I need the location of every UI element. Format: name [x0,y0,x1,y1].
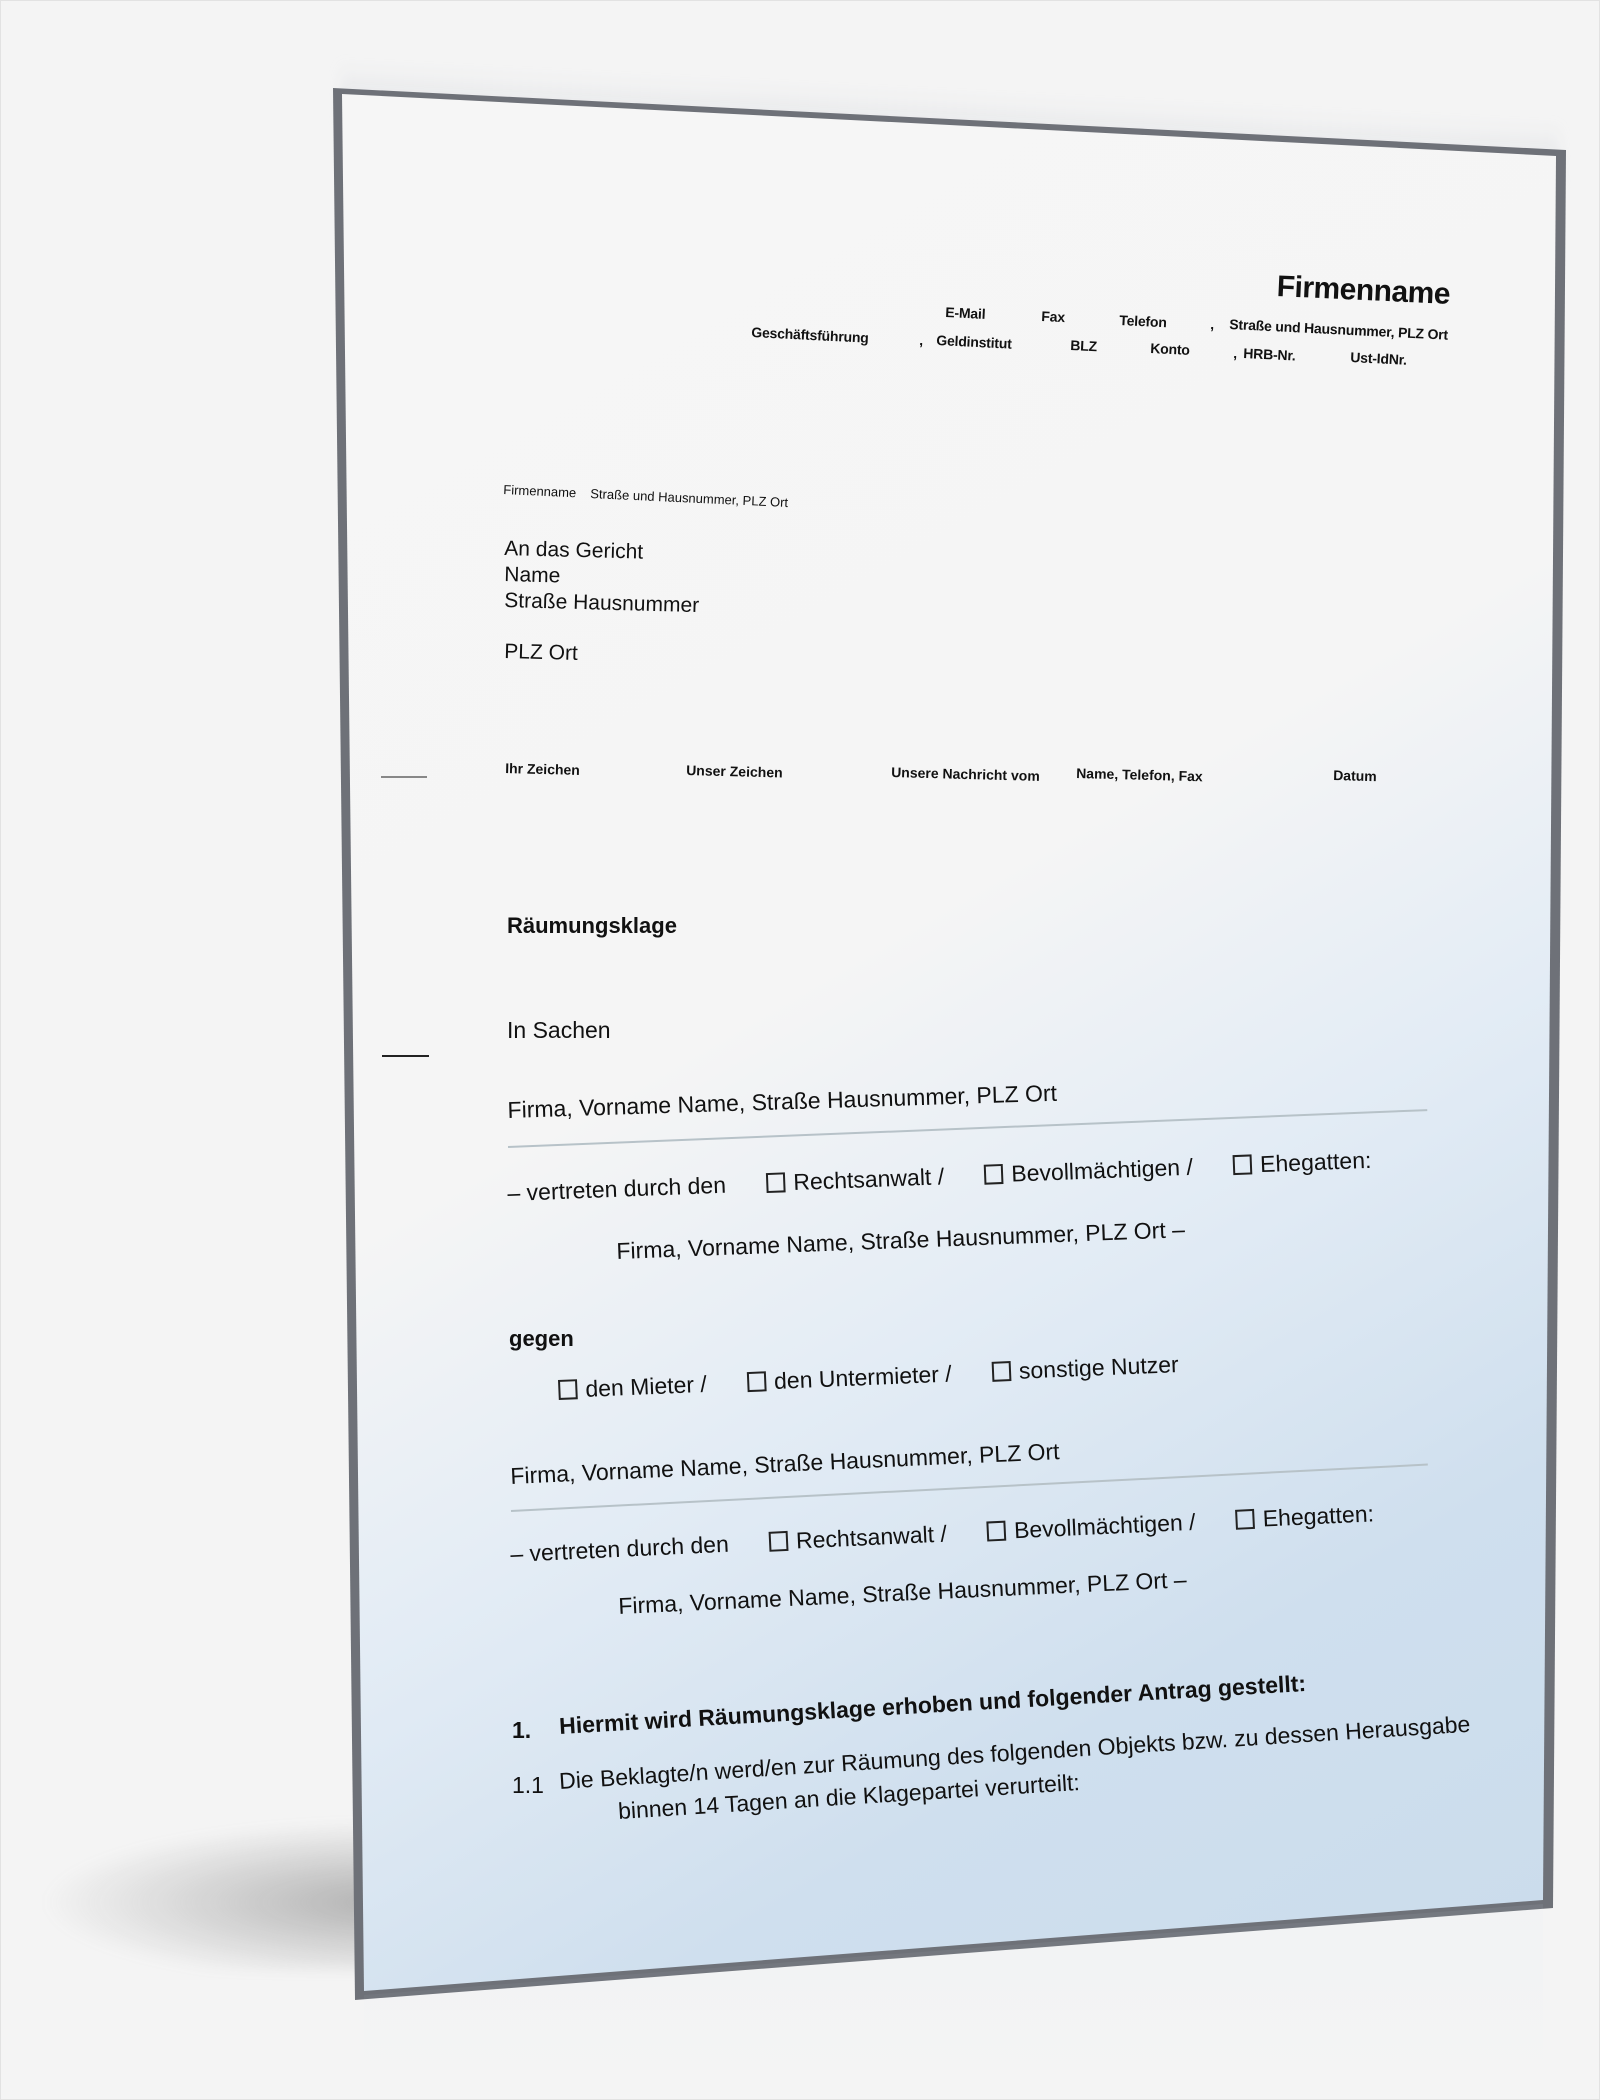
letterhead-email: E-Mail [945,304,986,322]
reference-ihr-zeichen: Ihr Zeichen [505,760,580,778]
checkbox-mieter[interactable] [558,1379,578,1400]
reference-datum: Datum [1333,767,1377,784]
section-1-number: 1. [512,1717,531,1744]
letterhead-fax: Fax [1041,308,1065,325]
recipient-line-1: An das Gericht [504,537,643,565]
recipient-line-4: PLZ Ort [504,640,578,666]
section-1-1-number: 1.1 [512,1772,544,1799]
fold-mark [382,1055,429,1057]
checkbox-rechtsanwalt[interactable] [769,1531,789,1552]
reference-name-telefon-fax: Name, Telefon, Fax [1076,765,1203,784]
letterhead-blz: BLZ [1070,337,1097,354]
letterhead-comma: , [1233,345,1237,361]
letterhead-telefon: Telefon [1119,312,1167,330]
in-sachen-label: In Sachen [507,1017,611,1044]
checkbox-ehegatten[interactable] [1233,1154,1253,1175]
fold-mark [381,776,427,778]
checkbox-untermieter[interactable] [747,1371,767,1392]
recipient-line-3: Straße Hausnummer [504,589,699,618]
checkbox-bevollmaechtigen[interactable] [987,1521,1007,1542]
option-ehegatten[interactable]: Ehegatten: [1233,1147,1372,1179]
recipient-line-2: Name [504,563,561,588]
checkbox-rechtsanwalt[interactable] [766,1172,786,1193]
reference-unser-zeichen: Unser Zeichen [686,762,783,781]
letterhead-hrb: HRB-Nr. [1243,345,1296,364]
letterhead-ustid: Ust-IdNr. [1350,349,1407,368]
document-title: Räumungsklage [507,913,677,939]
gegen-label: gegen [509,1326,574,1352]
checkbox-sonstige-nutzer[interactable] [992,1361,1012,1382]
checkbox-ehegatten[interactable] [1235,1509,1255,1530]
checkbox-bevollmaechtigen[interactable] [984,1164,1004,1185]
letterhead-konto: Konto [1150,340,1190,358]
letterhead-comma: , [919,332,923,348]
letterhead-comma: , [1210,316,1214,332]
